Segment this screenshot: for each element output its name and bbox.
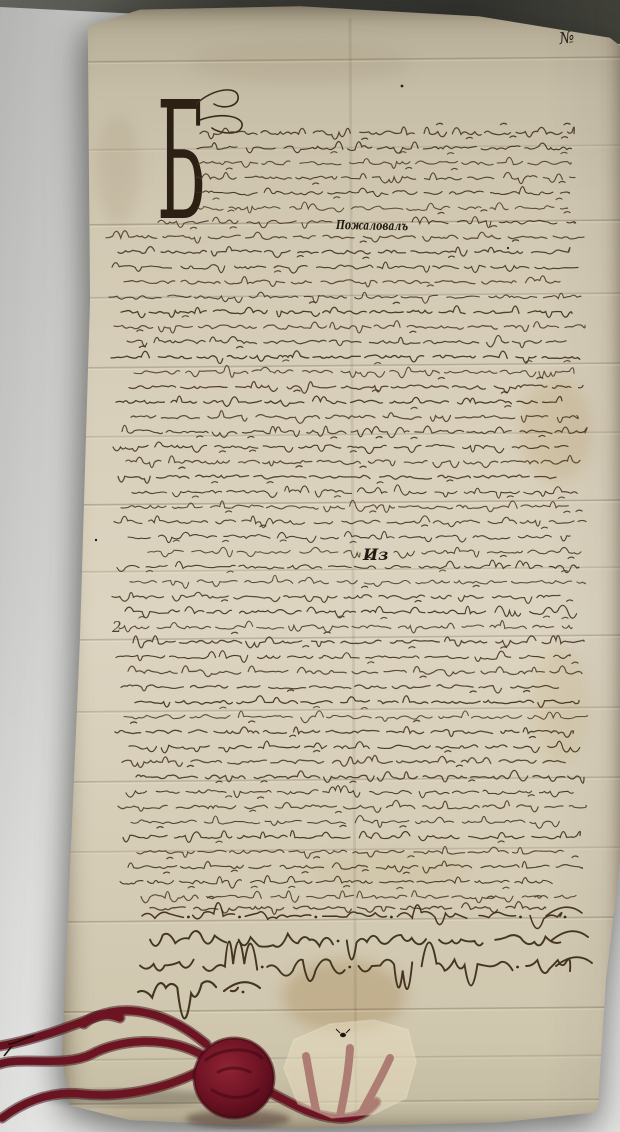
bold-fragment-pozhaloval: Пожаловалъ xyxy=(335,217,408,233)
margin-numeral: 2 xyxy=(111,618,122,636)
paper-patch xyxy=(284,1020,416,1118)
manuscript-photo: Б Пожаловалъ Из № 2 xyxy=(0,0,620,1132)
folio-mark: № xyxy=(557,27,576,48)
bold-fragment-iz: Из xyxy=(362,545,388,564)
crease-lines xyxy=(60,18,620,1120)
manuscript-drawing: Б Пожаловалъ Из № 2 xyxy=(0,0,620,1132)
initial-letter-glyph: Б xyxy=(157,68,206,258)
